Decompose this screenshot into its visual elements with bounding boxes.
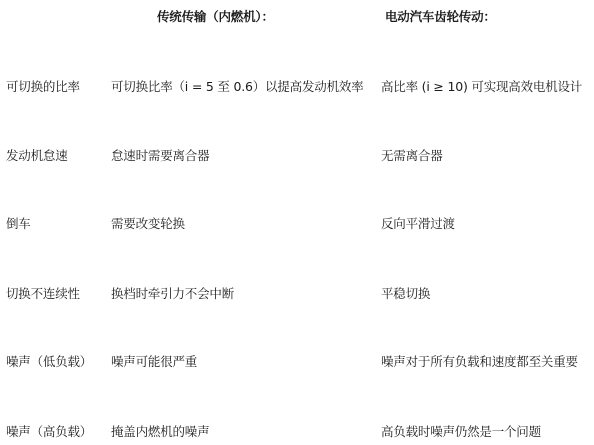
- header-ev-gear-transmission: 电动汽车齿轮传动：: [385, 9, 496, 25]
- row-electric-shift-discontinuity: 平稳切换: [381, 286, 430, 302]
- row-traditional-switchable-ratio: 可切换比率（i = 5 至 0.6）以提高发动机效率: [111, 79, 363, 95]
- row-traditional-noise-high-load: 掩盖内燃机的噪声: [111, 424, 209, 440]
- row-feature-reverse: 倒车: [6, 216, 31, 232]
- row-electric-engine-idle: 无需离合器: [381, 148, 443, 164]
- row-electric-noise-low-load: 噪声对于所有负载和速度都至关重要: [381, 354, 578, 370]
- row-traditional-shift-discontinuity: 换档时牵引力不会中断: [111, 286, 234, 302]
- row-traditional-noise-low-load: 噪声可能很严重: [111, 354, 197, 370]
- row-feature-noise-low-load: 噪声（低负载）: [6, 354, 92, 370]
- row-feature-switchable-ratio: 可切换的比率: [6, 79, 80, 95]
- row-feature-shift-discontinuity: 切换不连续性: [6, 286, 80, 302]
- row-traditional-reverse: 需要改变轮换: [111, 216, 185, 232]
- header-traditional-transmission: 传统传输（内燃机）：: [157, 9, 274, 25]
- row-electric-noise-high-load: 高负载时噪声仍然是一个问题: [381, 424, 541, 440]
- row-traditional-engine-idle: 怠速时需要离合器: [111, 148, 209, 164]
- comparison-table: 传统传输（内燃机）： 电动汽车齿轮传动： 可切换的比率 可切换比率（i = 5 …: [0, 0, 594, 445]
- row-electric-reverse: 反向平滑过渡: [381, 216, 455, 232]
- row-feature-engine-idle: 发动机怠速: [6, 148, 68, 164]
- row-electric-switchable-ratio: 高比率 (i ≥ 10) 可实现高效电机设计: [381, 79, 582, 95]
- row-feature-noise-high-load: 噪声（高负载）: [6, 424, 92, 440]
